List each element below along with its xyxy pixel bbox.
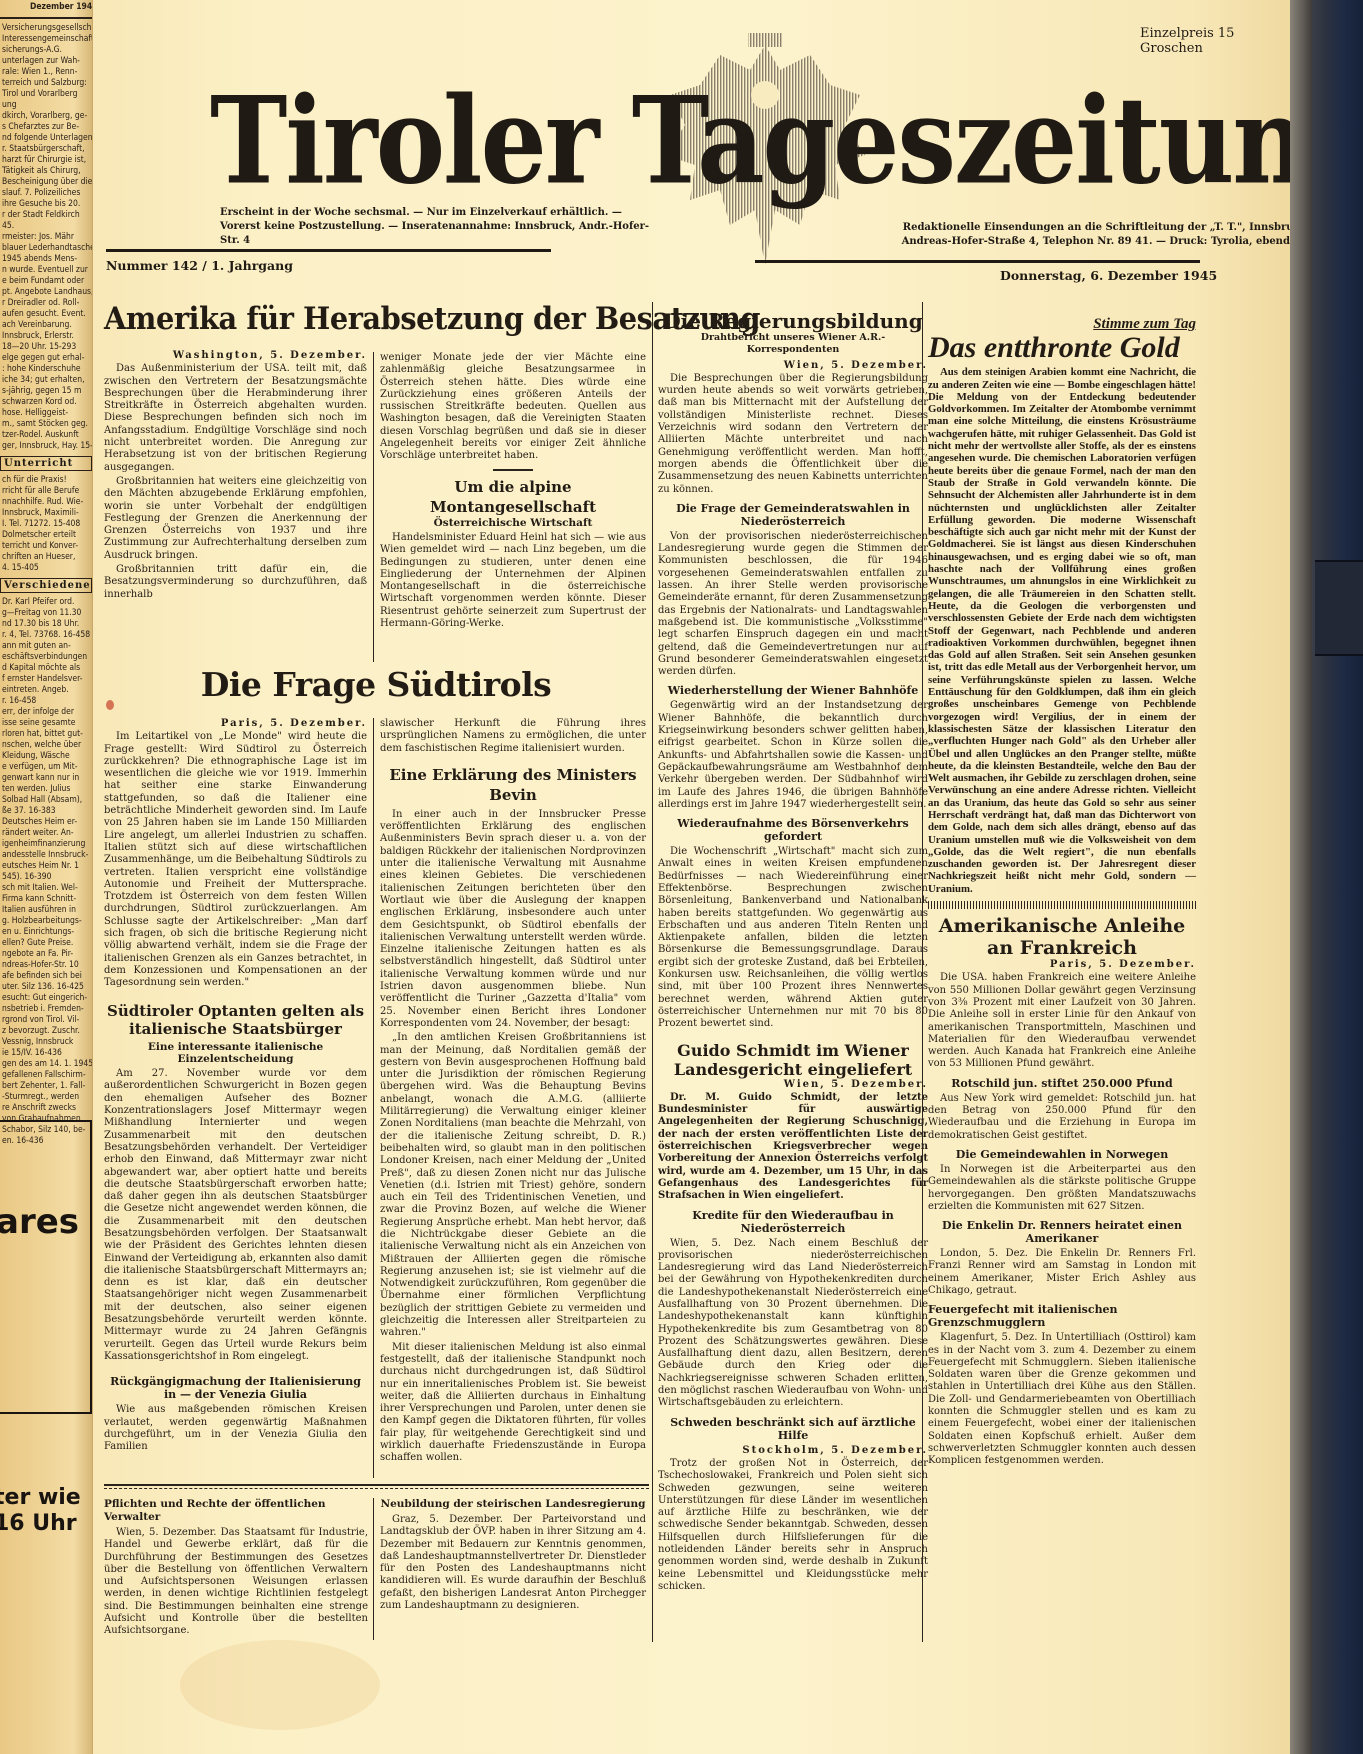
headline-steiermark: Neubildung der steirischen Landesregieru… bbox=[380, 1498, 646, 1511]
snippet-line: rale: Wien 1., Renn- bbox=[0, 67, 92, 78]
previous-page-snippets: VersicherungsgesellschaftInteressengemei… bbox=[0, 23, 92, 452]
headline-anleihe: Amerikanische Anleihe an Frankreich bbox=[928, 915, 1196, 959]
snippet-line: bert Zehenter, 1. Fall- bbox=[0, 1081, 92, 1092]
snippet-line: r. 16-458 bbox=[0, 696, 92, 707]
snippet-line: ten werden. Julius bbox=[0, 784, 92, 795]
headline-amerika: Amerika für Herabsetzung der Besatzung bbox=[104, 302, 610, 336]
headline-gemeinderat: Die Frage der Gemeinderatswahlen in Nied… bbox=[658, 502, 928, 528]
headline-schweden: Schweden beschränkt sich auf ärztliche H… bbox=[658, 1416, 928, 1442]
snippet-line: I. Tel. 71272. 15-408 bbox=[0, 519, 92, 530]
article-suedtirol-col2: slawischer Herkunft die Führung ihres ur… bbox=[380, 718, 646, 1467]
headline-boerse: Wiederaufnahme des Börsenverkehrs geford… bbox=[658, 817, 928, 843]
snippet-line: unterlagen zur Wah- bbox=[0, 56, 92, 67]
snippet-line: 4. 15-405 bbox=[0, 563, 92, 574]
previous-page-header: Dezember 1945 bbox=[0, 2, 92, 13]
snippet-line: rloren hat, bittet gut- bbox=[0, 729, 92, 740]
headline-bevin: Eine Erklärung des Ministers Bevin bbox=[380, 765, 646, 805]
ad-text-1: ares bbox=[0, 1202, 79, 1242]
article-amerika-col2: weniger Monate jede der vier Mächte eine… bbox=[380, 352, 646, 632]
paragraph: Trotz der großen Not in Österreich, der … bbox=[658, 1458, 928, 1593]
snippet-line: nd 17.30 bis 18 Uhr. bbox=[0, 619, 92, 630]
dateline-schmidt: Wien, 5. Dezember. bbox=[658, 1079, 928, 1091]
snippet-line: z bevorzugt. Zuschr. bbox=[0, 1026, 92, 1037]
headline-suedtirol: Die Frage Südtirols bbox=[104, 668, 648, 702]
paragraph: Mit dieser italienischen Meldung ist als… bbox=[380, 1342, 646, 1465]
binding-tape bbox=[1290, 0, 1312, 1754]
snippet-line: s Chefarztes zur Be- bbox=[0, 122, 92, 133]
snippet-line: gen des am 14. 1. 1945 bbox=[0, 1059, 92, 1070]
section-unterricht: Unterricht bbox=[0, 456, 92, 471]
snippet-line: Deutsches Heim er- bbox=[0, 817, 92, 828]
newspaper-title: Tiroler Tageszeitung bbox=[210, 70, 1363, 211]
paragraph: slawischer Herkunft die Führung ihres ur… bbox=[380, 718, 646, 755]
headline-kredite: Kredite für den Wiederaufbau in Niederös… bbox=[658, 1209, 928, 1235]
article-verwalter: Pflichten und Rechte der öffentlichen Ve… bbox=[104, 1498, 368, 1640]
ad-text-2: ter wie 16 Uhr bbox=[0, 1485, 84, 1537]
headline-norwegen: Die Gemeindewahlen in Norwegen bbox=[928, 1148, 1196, 1161]
snippet-line: ellen? Gute Preise. bbox=[0, 938, 92, 949]
newspaper-page: Dezember 1945 VersicherungsgesellschaftI… bbox=[0, 0, 1292, 1754]
headline-rotschild: Rotschild jun. stiftet 250.000 Pfund bbox=[928, 1077, 1196, 1090]
paragraph: „In den amtlichen Kreisen Großbritannien… bbox=[380, 1032, 646, 1339]
dateline-amerika: Washington, 5. Dezember. bbox=[104, 350, 367, 362]
snippet-line: Interessengemeinschaft die bbox=[0, 34, 92, 45]
snippet-line: elge gegen gut erhal- bbox=[0, 353, 92, 364]
issue-number: Nummer 142 / 1. Jahrgang bbox=[106, 258, 293, 273]
section-stimme-zum-tag: Stimme zum Tag bbox=[928, 318, 1196, 330]
snippet-line: Firma kann Schnitt- bbox=[0, 894, 92, 905]
headline-gold: Das entthronte Gold bbox=[928, 330, 1196, 366]
paragraph: Die Wochenschrift „Wirtschaft" macht sic… bbox=[658, 846, 928, 1030]
article-amerika-col1: Washington, 5. Dezember. Das Außenminist… bbox=[104, 350, 367, 603]
article-suedtirol-col1: Paris, 5. Dezember. Im Leitartikel von „… bbox=[104, 718, 367, 1455]
snippet-line: schwarzen Kord od. bbox=[0, 397, 92, 408]
section-verschiedenes: Verschiedenes bbox=[0, 578, 92, 593]
snippet-line: Tätigkeit als Chirurg, bbox=[0, 166, 92, 177]
snippet-line: nnachhilfe. Rud. Wie- bbox=[0, 497, 92, 508]
snippet-line: Kleidung, Wäsche bbox=[0, 751, 92, 762]
wavy-divider bbox=[104, 1484, 649, 1486]
article-amerika: Amerika für Herabsetzung der Besatzung bbox=[104, 302, 648, 336]
snippet-line: terricht und Konver- bbox=[0, 541, 92, 552]
paragraph: Aus New York wird gemeldet: Rotschild ju… bbox=[928, 1093, 1196, 1142]
snippet-line: esucht: Gut eingerich- bbox=[0, 993, 92, 1004]
snippet-line: ach Vereinbarung. bbox=[0, 320, 92, 331]
snippet-line: genwart kann nur in bbox=[0, 773, 92, 784]
snippet-line: ihre Gesuche bis 20. bbox=[0, 199, 92, 210]
snippet-line: Bescheinigung über die bbox=[0, 177, 92, 188]
paragraph: Das Außenministerium der USA. teilt mit,… bbox=[104, 363, 367, 474]
headline-feuergefecht: Feuergefecht mit italienischen Grenzschm… bbox=[928, 1303, 1196, 1329]
headline-suedtirol-wrap: Die Frage Südtirols bbox=[104, 668, 648, 702]
snippet-line: tzer-Rodel. Auskunft bbox=[0, 430, 92, 441]
snippet-line: hose. Helliggeist- bbox=[0, 408, 92, 419]
paragraph: Von der provisorischen niederösterreichi… bbox=[658, 531, 928, 679]
snippet-line: rmeister: Jos. Mähr bbox=[0, 232, 92, 243]
snippet-line: dkirch, Vorarlberg, ge- bbox=[0, 111, 92, 122]
snippet-line: rändert weiter. An- bbox=[0, 828, 92, 839]
snippet-line: uter. Silz 136. 16-425 bbox=[0, 982, 92, 993]
masthead-subline-right: Redaktionelle Einsendungen an die Schrif… bbox=[870, 221, 1310, 249]
snippet-line: rgrond von Tirol. Vil- bbox=[0, 1015, 92, 1026]
snippet-line: 1945 abends Mens- bbox=[0, 254, 92, 265]
headline-renner: Die Enkelin Dr. Renners heiratet einen A… bbox=[928, 1219, 1196, 1245]
issue-date: Donnerstag, 6. Dezember 1945 bbox=[1000, 268, 1217, 283]
snippet-line: ße 37. 16-383 bbox=[0, 806, 92, 817]
snippet-line: andesstelle Innsbruck- bbox=[0, 850, 92, 861]
snippet-line: g. Holzbearbeitungs- bbox=[0, 916, 92, 927]
snippet-line: rricht für alle Berufe bbox=[0, 486, 92, 497]
dateline-anleihe: Paris, 5. Dezember. bbox=[928, 959, 1196, 971]
headline-verwalter: Pflichten und Rechte der öffentlichen Ve… bbox=[104, 1498, 368, 1524]
headline-venezia: Rückgängigmachung der Italienisierung in… bbox=[104, 1375, 367, 1401]
snippet-line: ie 15/IV. 16-436 bbox=[0, 1048, 92, 1059]
snippet-line: blauer Lederhandtasche bbox=[0, 243, 92, 254]
snippet-line: r der Stadt Feldkirch bbox=[0, 210, 92, 221]
snippet-line: en u. Einrichtungs- bbox=[0, 927, 92, 938]
snippet-line: eutsches Heim Nr. 1 bbox=[0, 861, 92, 872]
kicker-montan: Österreichische Wirtschaft bbox=[380, 517, 646, 529]
headline-optanten: Südtiroler Optanten gelten als italienis… bbox=[104, 1002, 367, 1038]
ad-line-2: 16 Uhr bbox=[0, 1511, 84, 1537]
snippet-line: ngebote an Fa. Pir- bbox=[0, 949, 92, 960]
paragraph: Großbritannien tritt dafür ein, die Besa… bbox=[104, 564, 367, 601]
article-steiermark: Neubildung der steirischen Landesregieru… bbox=[380, 1498, 646, 1614]
paragraph: weniger Monate jede der vier Mächte eine… bbox=[380, 352, 646, 463]
snippet-line: Solbad Hall (Absam), bbox=[0, 795, 92, 806]
column-3: Die Regierungsbildung Drahtbericht unser… bbox=[658, 310, 928, 1595]
snippet-line: harzt für Chirurgie ist, bbox=[0, 155, 92, 166]
paragraph: Am 27. November wurde vor dem außerorden… bbox=[104, 1068, 367, 1363]
paragraph: London, 5. Dez. Die Enkelin Dr. Renners … bbox=[928, 1248, 1196, 1297]
snippet-line: 18—20 Uhr. 15-293 bbox=[0, 342, 92, 353]
paragraph: Gegenwärtig wird an der Instandsetzung d… bbox=[658, 700, 928, 811]
snippet-line: m., samt Stöcken geg. bbox=[0, 419, 92, 430]
snippet-line: nsbetrieb i. Fremden- bbox=[0, 1004, 92, 1015]
snippet-line: isse seine gesamte bbox=[0, 718, 92, 729]
snippet-line: err, der infolge der bbox=[0, 707, 92, 718]
paragraph: Die USA. haben Frankreich eine weitere A… bbox=[928, 972, 1196, 1070]
snippet-line: n wurde. Eventuell zur bbox=[0, 265, 92, 276]
snippet-line: eintreten. Angeb. bbox=[0, 685, 92, 696]
paragraph: Handelsminister Eduard Heinl hat sich — … bbox=[380, 532, 646, 630]
snippet-line: eschäftsverbindungen bbox=[0, 652, 92, 663]
binding-band bbox=[1315, 560, 1363, 656]
snippet-line: e beim Fundamt oder bbox=[0, 276, 92, 287]
column-4: Stimme zum Tag Das entthronte Gold Aus d… bbox=[928, 318, 1196, 1470]
paragraph: Aus dem steinigen Arabien kommt eine Nac… bbox=[928, 366, 1196, 895]
ad-line-1: ter wie bbox=[0, 1485, 84, 1511]
paragraph: Dr. M. Guido Schmidt, der letzte Bundesm… bbox=[658, 1092, 928, 1203]
snippet-line: re Anschrift zwecks bbox=[0, 1103, 92, 1114]
snippet-line: 545). 16-390 bbox=[0, 872, 92, 883]
headline-schmidt: Guido Schmidt im Wiener Landesgericht ei… bbox=[658, 1041, 928, 1079]
paragraph: Wien, 5. Dezember. Das Staatsamt für Ind… bbox=[104, 1527, 368, 1638]
snippet-line: igenheimfinanzierung bbox=[0, 839, 92, 850]
paragraph: Die Besprechungen über die Regierungsbil… bbox=[658, 373, 928, 496]
snippet-line: d Kapital möchte als bbox=[0, 663, 92, 674]
snippet-line: 45. bbox=[0, 221, 92, 232]
snippet-line: g—Freitag von 11.30 bbox=[0, 608, 92, 619]
snippet-line: pt. Angebote Landhaus, bbox=[0, 287, 92, 298]
masthead-subline-left: Erscheint in der Woche sechsmal. — Nur i… bbox=[220, 206, 650, 248]
snippet-line: r Dreiradler od. Roll- bbox=[0, 298, 92, 309]
snippet-line: e verfügen, um Mit- bbox=[0, 762, 92, 773]
paragraph: Großbritannien hat weiters eine gleichze… bbox=[104, 476, 367, 562]
snippet-line: ger, Innsbruck, Hay. 15-298 bbox=[0, 441, 92, 452]
dateline-regierung: Wien, 5. Dezember. bbox=[658, 360, 928, 372]
price-label: Einzelpreis 15 Groschen bbox=[1140, 26, 1290, 56]
paragraph: Graz, 5. Dezember. Der Parteivorstand un… bbox=[380, 1514, 646, 1612]
kicker-optanten: Eine interessante italienische Einzelent… bbox=[104, 1041, 367, 1066]
paragraph: Im Leitartikel von „Le Monde" wird heute… bbox=[104, 731, 367, 989]
previous-page-edge: Dezember 1945 VersicherungsgesellschaftI… bbox=[0, 0, 93, 1754]
snippet-line: s-jährig, gegen 15 m bbox=[0, 386, 92, 397]
snippet-line: gefallenen Fallschirm- bbox=[0, 1070, 92, 1081]
snippet-line: nschen, welche über bbox=[0, 740, 92, 751]
headline-bahnhoefe: Wiederherstellung der Wiener Bahnhöfe bbox=[658, 684, 928, 697]
kicker-regierung: Drahtbericht unseres Wiener A.R.-Korresp… bbox=[658, 332, 928, 357]
snippet-line: : hohe Kinderschuhe bbox=[0, 364, 92, 375]
snippet-line: aufen gesucht. Event. bbox=[0, 309, 92, 320]
snippet-line: terreich und Salzburg: bbox=[0, 78, 92, 89]
verschiedenes-snippets: Dr. Karl Pfeifer ord.g—Freitag von 11.30… bbox=[0, 597, 92, 1147]
headline-regierung: Die Regierungsbildung bbox=[658, 310, 928, 332]
paragraph: In einer auch in der Innsbrucker Presse … bbox=[380, 809, 646, 1030]
snippet-line: Dr. Karl Pfeifer ord. bbox=[0, 597, 92, 608]
snippet-line: ch für die Praxis! bbox=[0, 475, 92, 486]
snippet-line: chriften an Hueser, bbox=[0, 552, 92, 563]
snippet-line: ann mit guten an- bbox=[0, 641, 92, 652]
snippet-line: r. Staatsbürgerschaft, bbox=[0, 144, 92, 155]
snippet-line: Italien ausführen in bbox=[0, 905, 92, 916]
masthead-rule-left bbox=[106, 249, 551, 252]
snippet-line: Dolmetscher erteilt bbox=[0, 530, 92, 541]
snippet-line: iche 34; gut erhalten, bbox=[0, 375, 92, 386]
paragraph: Klagenfurt, 5. Dez. In Untertilliach (Os… bbox=[928, 1332, 1196, 1467]
snippet-line: ndreas-Hofer-Str. 10 bbox=[0, 960, 92, 971]
snippet-line: Innsbruck, Erlerstr. bbox=[0, 331, 92, 342]
book-binding bbox=[1312, 0, 1363, 1754]
dateline-schweden: Stockholm, 5. Dezember. bbox=[658, 1445, 928, 1457]
hatched-divider bbox=[928, 901, 1196, 909]
snippet-line: ung bbox=[0, 100, 92, 111]
headline-montan: Um die alpine Montangesellschaft bbox=[380, 477, 646, 517]
snippet-line: nd folgende Unterlagen bbox=[0, 133, 92, 144]
unterricht-snippets: ch für die Praxis!rricht für alle Berufe… bbox=[0, 475, 92, 574]
masthead-rule-right bbox=[755, 260, 1200, 263]
snippet-line: slauf. 7. Polizeiliches bbox=[0, 188, 92, 199]
snippet-line: Vessnig, Innsbruck bbox=[0, 1037, 92, 1048]
snippet-line: Versicherungsgesellschaft bbox=[0, 23, 92, 34]
paragraph: In Norwegen ist die Arbeiterpartei aus d… bbox=[928, 1164, 1196, 1213]
snippet-line: afe befinden sich bei bbox=[0, 971, 92, 982]
snippet-line: sch mit Italien. Wel- bbox=[0, 883, 92, 894]
ad-box: ares bbox=[0, 1120, 92, 1414]
snippet-line: -Sturmregt., werden bbox=[0, 1092, 92, 1103]
snippet-line: Innsbruck, Maximili- bbox=[0, 508, 92, 519]
dateline-suedtirol: Paris, 5. Dezember. bbox=[104, 718, 367, 730]
masthead: Einzelpreis 15 Groschen Tiroler Tageszei… bbox=[100, 0, 1290, 270]
snippet-line: f ernster Handelsver- bbox=[0, 674, 92, 685]
snippet-line: r. 4, Tel. 73768. 16-458 bbox=[0, 630, 92, 641]
snippet-line: sicherungs-A.G. bbox=[0, 45, 92, 56]
snippet-line: Tirol und Vorarlberg bbox=[0, 89, 92, 100]
paragraph: Wien, 5. Dez. Nach einem Beschluß der pr… bbox=[658, 1238, 928, 1410]
paragraph: Wie aus maßgebenden römischen Kreisen ve… bbox=[104, 1404, 367, 1453]
